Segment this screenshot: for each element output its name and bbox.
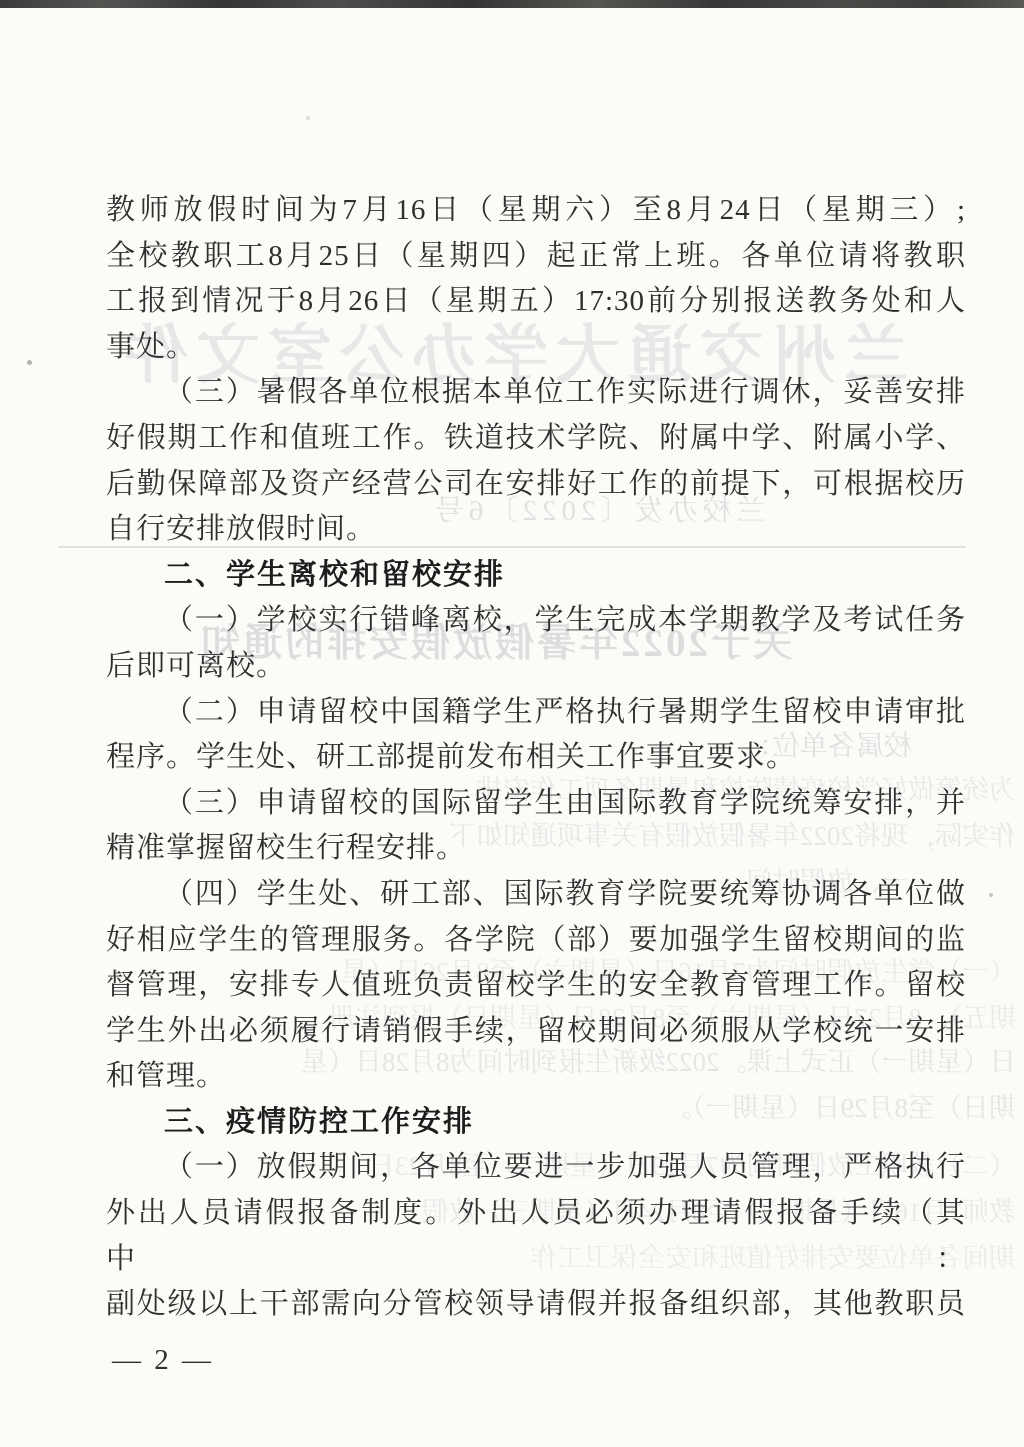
scan-speckle [989, 893, 993, 897]
text-line: 教师放假时间为7月16日（星期六）至8月24日（星期三）; [106, 188, 966, 234]
section-heading: 三、疫情防控工作安排 [106, 1100, 966, 1146]
text-line: （三）暑假各单位根据本单位工作实际进行调休，妥善安排 [106, 370, 966, 416]
section-heading: 二、学生离校和留校安排 [106, 553, 966, 599]
text-line: （一）学校实行错峰离校，学生完成本学期教学及考试任务 [106, 598, 966, 644]
text-line: 后即可离校。 [106, 644, 966, 690]
text-line: 自行安排放假时间。 [106, 507, 966, 553]
text-line: 外出人员请假报备制度。外出人员必须办理请假报备手续（其中： [106, 1191, 966, 1282]
text-line: 学生外出必须履行请销假手续，留校期间必须服从学校统一安排 [106, 1009, 966, 1055]
document-body: 教师放假时间为7月16日（星期六）至8月24日（星期三）; 全校教职工8月25日… [106, 188, 966, 1328]
text-line: （二）申请留校中国籍学生严格执行暑期学生留校申请审批 [106, 690, 966, 736]
scan-artifact-band [0, 0, 1024, 8]
scanned-document-page: 兰州交通大学办公室文件 兰校办发〔2022〕6号 关于2022年暑假放假安排的通… [0, 0, 1024, 1447]
page-number: — 2 — [112, 1344, 214, 1377]
scan-speckle [27, 360, 32, 365]
text-line: 好相应学生的管理服务。各学院（部）要加强学生留校期间的监 [106, 918, 966, 964]
text-line: 后勤保障部及资产经营公司在安排好工作的前提下，可根据校历 [106, 462, 966, 508]
text-line: （三）申请留校的国际留学生由国际教育学院统筹安排，并 [106, 781, 966, 827]
text-line: 事处。 [106, 325, 966, 371]
text-line: 督管理，安排专人值班负责留校学生的安全教育管理工作。留校 [106, 963, 966, 1009]
text-line: （一）放假期间，各单位要进一步加强人员管理，严格执行 [106, 1145, 966, 1191]
scan-speckle [306, 116, 310, 120]
text-line: 和管理。 [106, 1054, 966, 1100]
text-line: 工报到情况于8月26日（星期五）17:30前分别报送教务处和人 [106, 279, 966, 325]
text-line: 好假期工作和值班工作。铁道技术学院、附属中学、附属小学、 [106, 416, 966, 462]
text-line: 全校教职工8月25日（星期四）起正常上班。各单位请将教职 [106, 234, 966, 280]
text-line: 程序。学生处、研工部提前发布相关工作事宜要求。 [106, 735, 966, 781]
text-line: （四）学生处、研工部、国际教育学院要统筹协调各单位做 [106, 872, 966, 918]
text-line: 精准掌握留校生行程安排。 [106, 826, 966, 872]
text-line: 副处级以上干部需向分管校领导请假并报备组织部，其他教职员 [106, 1282, 966, 1328]
